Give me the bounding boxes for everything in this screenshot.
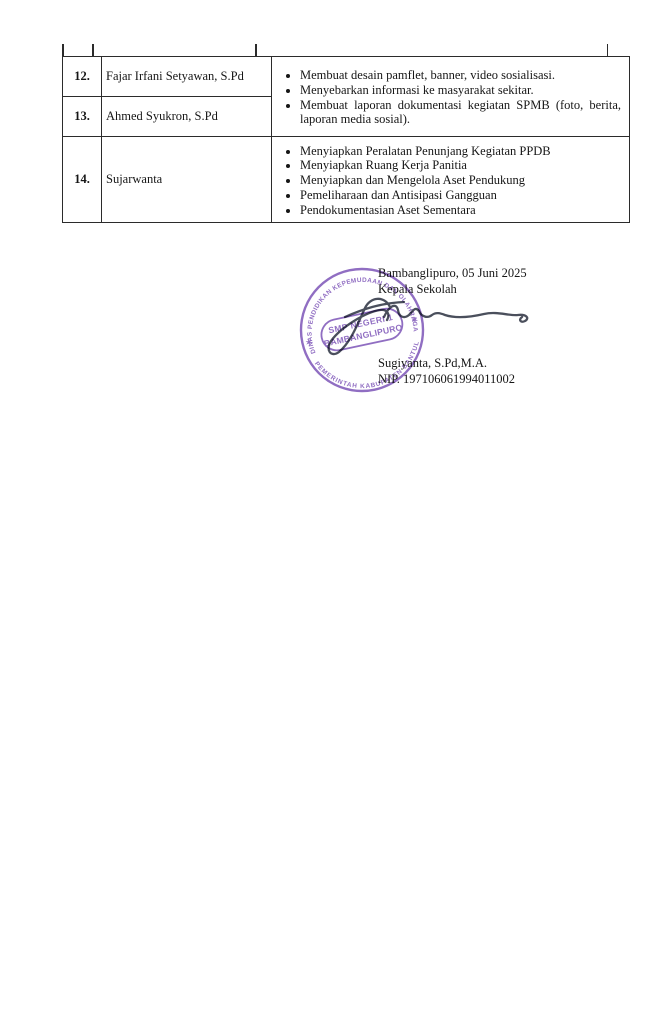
task-item: Pemeliharaan dan Antisipasi Gangguan xyxy=(300,188,623,203)
signature-cross-stroke xyxy=(345,302,404,317)
tasks-cell-row-14: Menyiapkan Peralatan Penunjang Kegiatan … xyxy=(272,137,630,223)
table-row: 14. Sujarwanta Menyiapkan Peralatan Penu… xyxy=(63,137,630,223)
task-list: Membuat desain pamflet, banner, video so… xyxy=(276,68,625,127)
row-number: 12. xyxy=(63,57,102,97)
assignment-table: 12. Fajar Irfani Setyawan, S.Pd Membuat … xyxy=(62,56,630,223)
task-item: Menyiapkan Peralatan Penunjang Kegiatan … xyxy=(300,144,623,159)
task-item: Menyiapkan dan Mengelola Aset Pendukung xyxy=(300,173,623,188)
task-item: Pendokumentasian Aset Sementara xyxy=(300,203,623,218)
signer-nip: NIP. 197106061994011002 xyxy=(378,372,515,388)
row-number: 13. xyxy=(63,97,102,137)
signature-stroke xyxy=(329,299,528,354)
handwritten-signature xyxy=(318,290,556,364)
document-page: 12. Fajar Irfani Setyawan, S.Pd Membuat … xyxy=(0,0,670,1024)
task-item: Menyebarkan informasi ke masyarakat seki… xyxy=(300,83,623,98)
signer-name: Sugiyanta, S.Pd,M.A. xyxy=(378,356,515,372)
signature-footer: Sugiyanta, S.Pd,M.A. NIP. 19710606199401… xyxy=(378,356,515,387)
member-name: Fajar Irfani Setyawan, S.Pd xyxy=(102,57,272,97)
task-list: Menyiapkan Peralatan Penunjang Kegiatan … xyxy=(276,144,625,218)
tasks-cell-rows-12-13: Membuat desain pamflet, banner, video so… xyxy=(272,57,630,137)
table-row: 12. Fajar Irfani Setyawan, S.Pd Membuat … xyxy=(63,57,630,97)
task-item: Membuat desain pamflet, banner, video so… xyxy=(300,68,623,83)
member-name: Sujarwanta xyxy=(102,137,272,223)
member-name: Ahmed Syukron, S.Pd xyxy=(102,97,272,137)
row-number: 14. xyxy=(63,137,102,223)
task-item: Menyiapkan Ruang Kerja Panitia xyxy=(300,158,623,173)
task-item: Membuat laporan dokumentasi kegiatan SPM… xyxy=(300,98,623,128)
